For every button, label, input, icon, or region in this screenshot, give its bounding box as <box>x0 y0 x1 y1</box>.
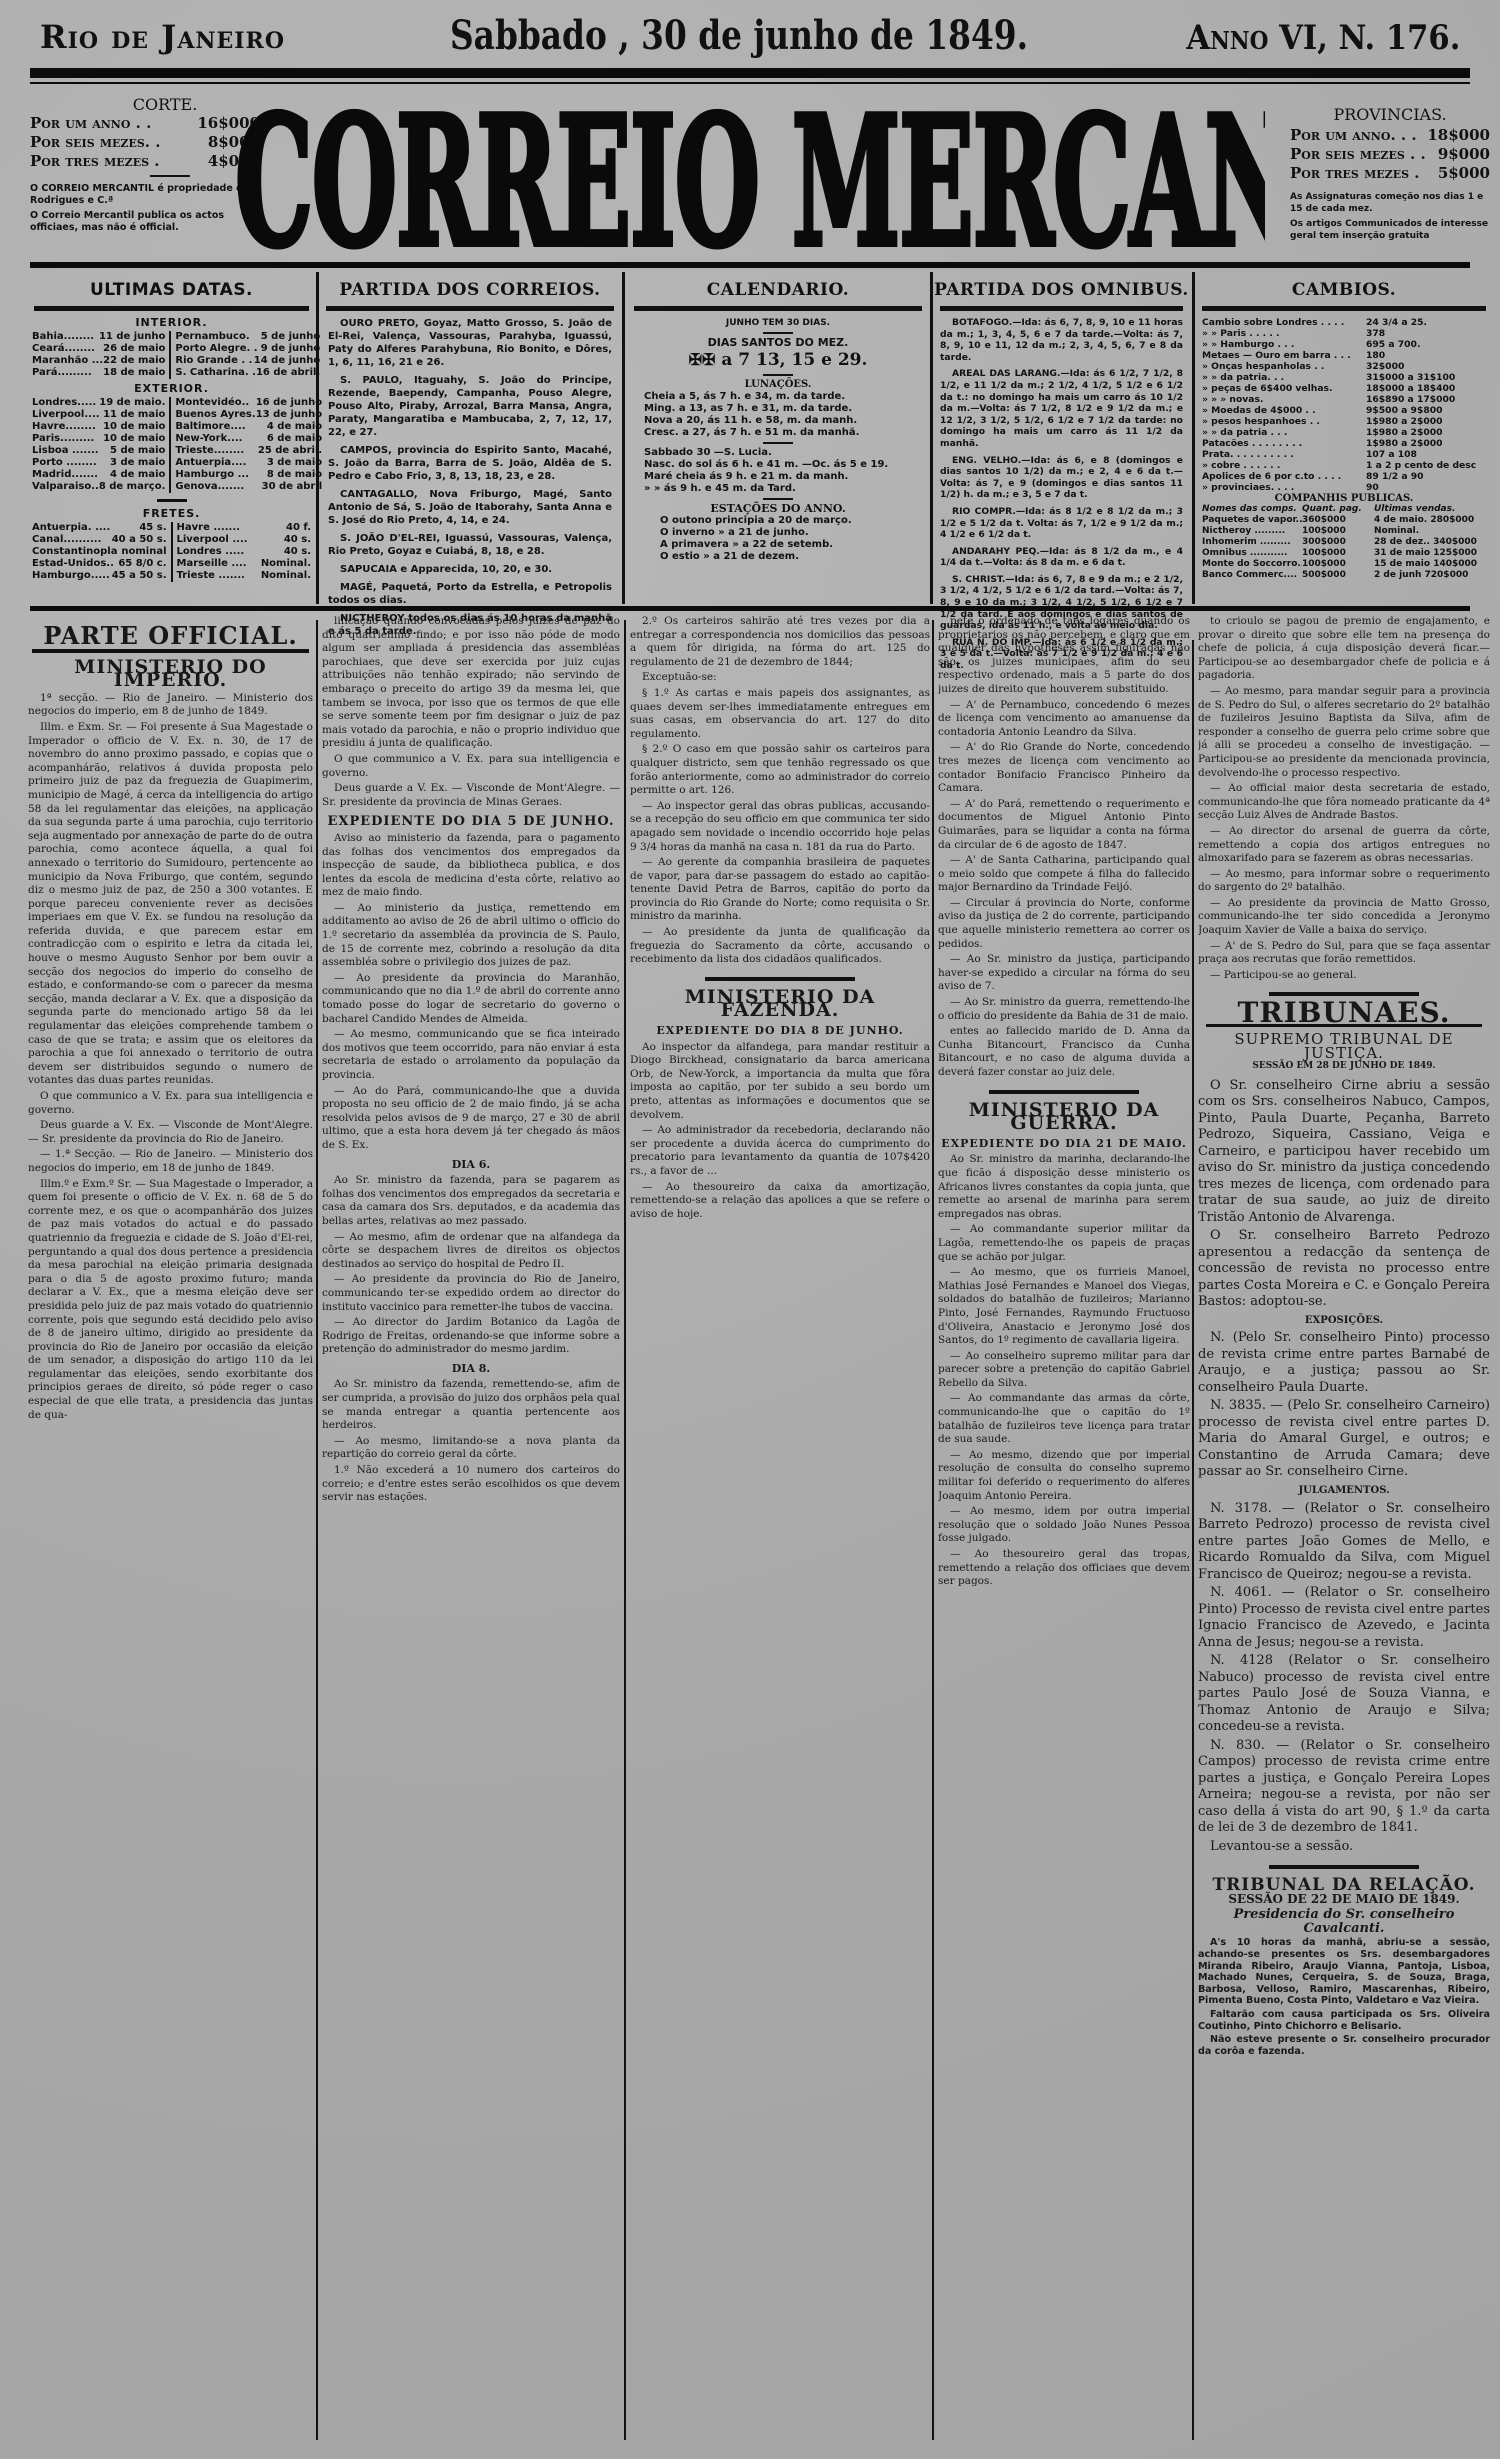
provincias-subscription: PROVINCIAS. Por um anno. . .18$000 Por s… <box>1290 105 1490 242</box>
julgamentos-text: N. 3178. — (Relator o Sr. conselheiro Ba… <box>1198 1501 1490 1856</box>
julgamentos-heading: JULGAMENTOS. <box>1198 1484 1490 1498</box>
date-entry: Pernambuco.5 de junho <box>175 331 320 343</box>
companhias-cell: 15 de maio 140$000 <box>1374 559 1486 570</box>
column-rule <box>1192 640 1194 2440</box>
correio-entry: S. PAULO, Itaguahy, S. João do Principe,… <box>328 374 612 439</box>
supremo-session: SESSÃO EM 28 DE JUNHO DE 1849. <box>1198 1060 1490 1074</box>
column-5: to crioulo se pagou de premio de engajam… <box>1198 615 1490 2445</box>
masthead-title: CORREIO MERCANTIL. <box>235 104 802 259</box>
date-entry: Hamburgo ...8 de maio <box>175 469 322 481</box>
article-paragraph: — Ao mesmo, idem por outra imperial reso… <box>938 1505 1190 1546</box>
newspaper-page: Rio de Janeiro Sabbado , 30 de junho de … <box>0 0 1500 2459</box>
omnibus-entry: ENG. VELHO.—Ida: ás 6, e 8 (domingos e d… <box>940 455 1183 501</box>
corte-heading: CORTE. <box>70 95 260 114</box>
date-entry: Liverpool....11 de maio <box>32 409 165 421</box>
cambios-title: CAMBIOS. <box>1196 270 1492 306</box>
frete-entry: Constantinoplanominal <box>32 546 167 558</box>
article-paragraph: — Ao director do Jardim Botanico da Lagô… <box>322 1316 620 1357</box>
cambio-row: » cobre . . . . . .1 a 2 p cento de desc <box>1202 460 1486 471</box>
correio-entry: CAMPOS, provincia do Espirito Santo, Mac… <box>328 444 612 483</box>
masthead: CORREIO MERCANTIL. <box>235 104 1265 259</box>
article-paragraph: N. 4061. — (Relator o Sr. conselheiro Pi… <box>1198 1585 1490 1651</box>
section-divider <box>1269 1865 1419 1869</box>
provincias-price-row: Por seis mezes . .9$000 <box>1290 145 1490 164</box>
article-paragraph: — Ao commandante superior militar da Lag… <box>938 1223 1190 1264</box>
correio-entry: MAGÉ, Paquetá, Porto da Estrella, e Petr… <box>328 581 612 607</box>
article-paragraph: — Ao thesoureiro geral das tropas, remet… <box>938 1548 1190 1589</box>
month-note: JUNHO TEM 30 DIAS. <box>638 317 918 329</box>
supremo-text: O Sr. conselheiro Cirne abriu a sessão c… <box>1198 1078 1490 1311</box>
dias-santos-heading: DIAS SANTOS DO MEZ. <box>638 337 918 349</box>
article-paragraph: — Ao mesmo, para informar sobre o requer… <box>1198 868 1490 895</box>
lunacao-entry: Ming. a 13, as 7 h. e 31, m. da tarde. <box>644 403 918 415</box>
frete-entry: Trieste .......Nominal. <box>177 570 312 582</box>
article-paragraph: — Ao mesmo, communicando que se fica int… <box>322 1028 620 1082</box>
companhias-cell: 100$000 <box>1302 559 1374 570</box>
companhias-header: Quant. pag. <box>1302 504 1374 515</box>
ornament-divider <box>157 499 187 502</box>
corte-subscription: CORTE. Por um anno . .16$000 Por seis me… <box>30 95 260 234</box>
article-paragraph: — Ao thesoureiro da caixa da amortização… <box>630 1181 930 1222</box>
column-4: pete o ordenado de taes logares quando o… <box>938 615 1190 2445</box>
column-2: lificação quando convocadas pelos juizes… <box>322 615 620 2445</box>
relacao-text: A's 10 horas da manhã, abriu-se a sessão… <box>1198 1937 1490 2057</box>
date-entry: Valparaiso..8 de março. <box>32 481 165 493</box>
ministerio-imperio-title: MINISTERIO DO IMPERIO. <box>28 661 313 688</box>
partida-correios-title: PARTIDA DOS CORREIOS. <box>320 270 620 306</box>
col2-text: lificação quando convocadas pelos juizes… <box>322 615 620 809</box>
article-paragraph: — A' do Pará, remettendo o requerimento … <box>938 798 1190 852</box>
today-entry: » » ás 9 h. e 45 m. da Tard. <box>644 483 918 495</box>
dia-8-title: DIA 8. <box>322 1362 620 1376</box>
cambio-row: » » » novas.16$890 a 17$000 <box>1202 394 1486 405</box>
date-entry: Porto ........3 de maio <box>32 457 165 469</box>
companhias-cell: 500$000 <box>1302 570 1374 581</box>
article-paragraph: Faltarão com causa participada os Srs. O… <box>1198 2009 1490 2032</box>
companhias-cell: Banco Commerc.... <box>1202 570 1302 581</box>
column-3: 2.º Os carteiros sahirão até tres vezes … <box>630 615 930 2445</box>
estacao-entry: O outono principia a 20 de março. <box>660 515 918 527</box>
article-paragraph: lificação quando convocadas pelos juizes… <box>322 615 620 751</box>
article-paragraph: — Ao presidente da provincia de Matto Gr… <box>1198 897 1490 938</box>
article-paragraph: § 2.º O caso em que possão sahir os cart… <box>630 743 930 797</box>
lunacoes-heading: LUNAÇÕES. <box>638 379 918 391</box>
companhias-heading: COMPANHIS PUBLICAS. <box>1196 493 1492 504</box>
cambio-row: » Moedas de 4$000 . .9$500 a 9$800 <box>1202 405 1486 416</box>
date-entry: Pará.........18 de maio <box>32 367 165 379</box>
exterior-heading: EXTERIOR. <box>28 383 315 395</box>
cambio-row: » » da patria . . .1$980 a 2$000 <box>1202 427 1486 438</box>
article-paragraph: N. 4128 (Relator o Sr. conselheiro Nabuc… <box>1198 1653 1490 1736</box>
correio-entry: S. JOÃO D'EL-REI, Iguassú, Vassouras, Va… <box>328 532 612 558</box>
date-entry: Antuerpia....3 de maio <box>175 457 322 469</box>
date-entry: Havre........10 de maio <box>32 421 165 433</box>
article-paragraph: — Ao Sr. ministro da justiça, participan… <box>938 953 1190 994</box>
date-entry: Rio Grande . .14 de junho <box>175 355 320 367</box>
article-paragraph: § 1.º As cartas e mais papeis dos assign… <box>630 687 930 741</box>
frete-entry: Hamburgo.....45 a 50 s. <box>32 570 167 582</box>
ornament-divider <box>150 175 190 177</box>
article-paragraph: — A' do Rio Grande do Norte, concedendo … <box>938 741 1190 795</box>
provincias-heading: PROVINCIAS. <box>1290 105 1490 124</box>
date-entry: Lisboa .......5 de maio <box>32 445 165 457</box>
ministerio-guerra-title: MINISTERIO DA GUERRA. <box>938 1104 1190 1131</box>
article-paragraph: Deus guarde a V. Ex. — Visconde de Mont'… <box>28 1119 313 1146</box>
article-paragraph: — Ao commandante das armas da côrte, com… <box>938 1392 1190 1446</box>
article-paragraph: — Ao mesmo, que os furrieis Manoel, Math… <box>938 1266 1190 1348</box>
fretes-left-list: Antuerpia. ....45 s.Canal..........40 a … <box>28 522 173 582</box>
cambio-row: » » da patria. . .31$000 a 31$100 <box>1202 372 1486 383</box>
correio-entry: SAPUCAIA e Apparecida, 10, 20, e 30. <box>328 563 612 576</box>
fazenda-expediente-title: EXPEDIENTE DO DIA 8 DE JUNHO. <box>630 1024 930 1038</box>
provincias-note: As Assignaturas começão nos dias 1 e 15 … <box>1290 191 1490 215</box>
cambio-row: Prata. . . . . . . . . .107 a 108 <box>1202 449 1486 460</box>
lunacoes-list: Cheia a 5, ás 7 h. e 34, m. da tarde.Min… <box>638 391 918 439</box>
companhias-cell: 4 de maio. 280$000 <box>1374 515 1486 526</box>
masthead-rule <box>30 262 1470 268</box>
article-paragraph: Deus guarde a V. Ex. — Visconde de Mont'… <box>322 782 620 809</box>
date-entry: Porto Alegre. .9 de junho <box>175 343 320 355</box>
article-paragraph: 1ª secção. — Rio de Janeiro. — Ministeri… <box>28 692 313 719</box>
article-paragraph: pete o ordenado de taes logares quando o… <box>938 615 1190 697</box>
corte-price-row: Por seis mezes. .8$000 <box>30 133 260 152</box>
article-paragraph: A's 10 horas da manhã, abriu-se a sessão… <box>1198 1937 1490 2007</box>
tribunaes-title: TRIBUNAES. <box>1198 1006 1490 1020</box>
cambio-row: Metaes — Ouro em barra . . .180 <box>1202 350 1486 361</box>
article-paragraph: Illm. e Exm. Sr. — Foi presente á Sua Ma… <box>28 721 313 1088</box>
header-rule-thin <box>30 82 1470 84</box>
column-1: PARTE OFFICIAL. MINISTERIO DO IMPERIO. 1… <box>28 615 313 2445</box>
col4-guerra-text: Ao Sr. ministro da marinha, declarando-l… <box>938 1153 1190 1588</box>
column-rule <box>316 272 319 604</box>
article-paragraph: — Ao mesmo, dizendo que por imperial res… <box>938 1449 1190 1503</box>
corte-note: O Correio Mercantil publica os actos off… <box>30 210 260 234</box>
today-list: Sabbado 30 —S. Lucia.Nasc. do sol ás 6 h… <box>638 447 918 495</box>
omnibus-entry: BOTAFOGO.—Ida: ás 6, 7, 8, 9, 10 e 11 ho… <box>940 317 1183 363</box>
dateline-date: Sabbado , 30 de junho de 1849. <box>450 12 1028 59</box>
interior-right-list: Pernambuco.5 de junhoPorto Alegre. .9 de… <box>171 331 324 379</box>
companhias-cell: Nominal. <box>1374 526 1486 537</box>
col4-tail-text: entes ao fallecido marido de D. Anna da … <box>938 1025 1190 1079</box>
article-paragraph: — Ao conselheiro supremo militar para da… <box>938 1350 1190 1391</box>
cambio-row: » » Paris . . . . .378 <box>1202 328 1486 339</box>
section-divider <box>989 1090 1139 1094</box>
cambio-row: » Onças hespanholas . .32$000 <box>1202 361 1486 372</box>
article-paragraph: — Ao gerente da companhia brasileira de … <box>630 856 930 924</box>
date-entry: Buenos Ayres.13 de junho <box>175 409 322 421</box>
article-paragraph: — Participou-se ao general. <box>1198 969 1490 983</box>
date-entry: Baltimore....4 de maio <box>175 421 322 433</box>
maltese-cross-icon: ✠✠ <box>689 350 716 369</box>
companhias-header: Ultimas vendas. <box>1374 504 1486 515</box>
partida-omnibus-box: PARTIDA DOS OMNIBUS. BOTAFOGO.—Ida: ás 6… <box>934 270 1189 605</box>
column-rule <box>932 620 934 2440</box>
fretes-right-list: Havre .......40 f.Liverpool ....40 s.Lon… <box>173 522 316 582</box>
calendario-box: CALENDARIO. JUNHO TEM 30 DIAS. DIAS SANT… <box>628 270 928 605</box>
expediente-title: EXPEDIENTE DO DIA 5 DE JUNHO. <box>322 815 620 829</box>
today-entry: Nasc. do sol ás 6 h. e 41 m. —Oc. ás 5 e… <box>644 459 918 471</box>
companhias-header: Nomes das comps. <box>1202 504 1302 515</box>
article-paragraph: 1.º Não excederá a 10 numero dos carteir… <box>322 1464 620 1505</box>
estacoes-list: O outono principia a 20 de março.O inver… <box>638 515 918 563</box>
article-paragraph: Não esteve presente o Sr. conselheiro pr… <box>1198 2034 1490 2057</box>
dateline: Rio de Janeiro Sabbado , 30 de junho de … <box>0 0 1500 68</box>
omnibus-entry: AREAL DAS LARANG.—Ida: ás 6 1/2, 7 1/2, … <box>940 368 1183 449</box>
lunacao-entry: Cheia a 5, ás 7 h. e 34, m. da tarde. <box>644 391 918 403</box>
frete-entry: Liverpool ....40 s. <box>177 534 312 546</box>
frete-entry: Canal..........40 a 50 s. <box>32 534 167 546</box>
exterior-right-list: Montevidéo..16 de junhoBuenos Ayres.13 d… <box>171 397 326 493</box>
cambio-row: » » Hamburgo . . .695 a 700. <box>1202 339 1486 350</box>
boxes-bottom-rule <box>30 606 1470 611</box>
article-paragraph: O Sr. conselheiro Barreto Pedrozo aprese… <box>1198 1228 1490 1311</box>
article-paragraph: — A' de Santa Catharina, participando qu… <box>938 854 1190 895</box>
cambio-row: » provinciaes. . . .90 <box>1202 482 1486 493</box>
article-paragraph: Ao Sr. ministro da fazenda, para se paga… <box>322 1174 620 1228</box>
article-paragraph: Levantou-se a sessão. <box>1198 1839 1490 1856</box>
ornament-divider <box>763 374 793 376</box>
article-paragraph: N. 3835. — (Pelo Sr. conselheiro Carneir… <box>1198 1398 1490 1481</box>
article-paragraph: — Ao do Pará, communicando-lhe que a duv… <box>322 1085 620 1153</box>
frete-entry: Havre .......40 f. <box>177 522 312 534</box>
companhias-table: Nomes das comps.Quant. pag.Ultimas venda… <box>1196 504 1492 581</box>
article-paragraph: — A' de Pernambuco, concedendo 6 mezes d… <box>938 699 1190 740</box>
frete-entry: Londres .....40 s. <box>177 546 312 558</box>
header-rule <box>30 68 1470 78</box>
date-entry: Bahia........11 de junho <box>32 331 165 343</box>
article-paragraph: to crioulo se pagou de premio de engajam… <box>1198 615 1490 683</box>
column-rule <box>624 620 626 2440</box>
lunacao-entry: Cresc. a 27, ás 7 h. e 51 m. da manhã. <box>644 427 918 439</box>
relacao-session: SESSÃO DE 22 DE MAIO DE 1849. <box>1198 1893 1490 1907</box>
article-paragraph: N. 3178. — (Relator o Sr. conselheiro Ba… <box>1198 1501 1490 1584</box>
date-entry: Montevidéo..16 de junho <box>175 397 322 409</box>
article-paragraph: Illm.º e Exm.º Sr. — Sua Magestade o Imp… <box>28 1178 313 1423</box>
title-rule <box>634 306 922 311</box>
companhias-cell: Nictheroy ......... <box>1202 526 1302 537</box>
col3-fazenda-text: Ao inspector da alfandega, para mandar r… <box>630 1041 930 1222</box>
date-entry: Genova.......30 de abril <box>175 481 322 493</box>
corte-price-row: Por um anno . .16$000 <box>30 114 260 133</box>
article-paragraph: N. (Pelo Sr. conselheiro Pinto) processo… <box>1198 1330 1490 1396</box>
relacao-presidencia: Presidencia do Sr. conselheiro Cavalcant… <box>1198 1908 1490 1935</box>
companhias-cell: Paquetes de vapor.. <box>1202 515 1302 526</box>
corte-note: O CORREIO MERCANTIL é propriedade de Rod… <box>30 183 260 207</box>
ornament-divider <box>763 442 793 444</box>
article-paragraph: Aviso ao ministerio da fazenda, para o p… <box>322 832 620 900</box>
companhias-cell: 28 de dez.. 340$000 <box>1374 537 1486 548</box>
date-entry: Ceará........26 de maio <box>32 343 165 355</box>
companhias-cell: 360$000 <box>1302 515 1374 526</box>
frete-entry: Estad-Unidos..65 8/0 c. <box>32 558 167 570</box>
cambio-row: Patacões . . . . . . . .1$980 a 2$000 <box>1202 438 1486 449</box>
provincias-price-row: Por um anno. . .18$000 <box>1290 126 1490 145</box>
provincias-note: Os artigos Communicados de interesse ger… <box>1290 218 1490 242</box>
article-paragraph: — Ao presidente da junta de qualificação… <box>630 926 930 967</box>
companhias-cell: 2 de junh 720$000 <box>1374 570 1486 581</box>
article-paragraph: 2.º Os carteiros sahirão até tres vezes … <box>630 615 930 669</box>
dia-6-title: DIA 6. <box>322 1158 620 1172</box>
article-paragraph: Exceptuão-se: <box>630 671 930 685</box>
article-paragraph: O que communico a V. Ex. para sua intell… <box>322 753 620 780</box>
title-rule <box>326 306 614 311</box>
estacoes-heading: ESTAÇÕES DO ANNO. <box>638 503 918 515</box>
frete-entry: Antuerpia. ....45 s. <box>32 522 167 534</box>
date-entry: New-York....6 de maio <box>175 433 322 445</box>
partida-correios-box: PARTIDA DOS CORREIOS. OURO PRETO, Goyaz,… <box>320 270 620 605</box>
correios-list: OURO PRETO, Goyaz, Matto Grosso, S. João… <box>320 317 620 638</box>
col5-text: to crioulo se pagou de premio de engajam… <box>1198 615 1490 982</box>
column-rule <box>930 272 933 604</box>
companhias-cell: Omnibus ........... <box>1202 548 1302 559</box>
col2-expediente-text: Aviso ao ministerio da fazenda, para o p… <box>322 832 620 1153</box>
partida-omnibus-title: PARTIDA DOS OMNIBUS. <box>934 270 1189 306</box>
today-entry: Maré cheia ás 9 h. e 21 m. da manh. <box>644 471 918 483</box>
article-paragraph: — Ao ministerio da justiça, remettendo e… <box>322 902 620 970</box>
date-entry: Londres.....19 de maio. <box>32 397 165 409</box>
guerra-expediente-title: EXPEDIENTE DO DIA 21 DE MAIO. <box>938 1137 1190 1151</box>
cambios-box: CAMBIOS. Cambio sobre Londres . . . .24 … <box>1196 270 1492 605</box>
date-entry: Maranhão ...22 de maio <box>32 355 165 367</box>
provincias-price-row: Por tres mezes .5$000 <box>1290 164 1490 183</box>
exposicoes-heading: EXPOSIÇÕES. <box>1198 1314 1490 1328</box>
article-paragraph: — A' de S. Pedro do Sul, para que se faç… <box>1198 940 1490 967</box>
interior-heading: INTERIOR. <box>28 317 315 329</box>
article-paragraph: entes ao fallecido marido de D. Anna da … <box>938 1025 1190 1079</box>
ultimas-datas-box: ULTIMAS DATAS. INTERIOR. Bahia........11… <box>28 270 315 605</box>
ornament-divider <box>763 498 793 500</box>
article-paragraph: Ao inspector da alfandega, para mandar r… <box>630 1041 930 1123</box>
article-paragraph: N. 830. — (Relator o Sr. conselheiro Cam… <box>1198 1738 1490 1837</box>
article-paragraph: Ao Sr. ministro da marinha, declarando-l… <box>938 1153 1190 1221</box>
companhias-cell: 300$000 <box>1302 537 1374 548</box>
dias-santos: ✠✠ a 7 13, 15 e 29. <box>638 349 918 371</box>
cambio-row: Apolices de 6 por c.to . . . .89 1/2 a 9… <box>1202 471 1486 482</box>
companhias-cell: 100$000 <box>1302 548 1374 559</box>
cambio-row: Cambio sobre Londres . . . .24 3/4 a 25. <box>1202 317 1486 328</box>
supremo-title: SUPREMO TRIBUNAL DE JUSTIÇA. <box>1198 1033 1490 1060</box>
relacao-title: TRIBUNAL DA RELAÇÃO. <box>1198 1879 1490 1893</box>
article-paragraph: — Ao mesmo, limitando-se a nova planta d… <box>322 1435 620 1462</box>
ministerio-fazenda-title: MINISTERIO DA FAZENDA. <box>630 991 930 1018</box>
ultimas-datas-title: ULTIMAS DATAS. <box>28 270 315 306</box>
cambios-list: Cambio sobre Londres . . . .24 3/4 a 25.… <box>1196 317 1492 493</box>
column-rule <box>622 272 625 604</box>
article-paragraph: O que communico a V. Ex. para sua intell… <box>28 1090 313 1117</box>
companhias-cell: 31 de maio 125$000 <box>1374 548 1486 559</box>
article-paragraph: — Circular á provincia do Norte, conform… <box>938 897 1190 951</box>
article-paragraph: — Ao mesmo, afim de ordenar que na alfan… <box>322 1231 620 1272</box>
corte-price-row: Por tres mezes .4$000 <box>30 152 260 171</box>
estacao-entry: O estio » a 21 de dezem. <box>660 551 918 563</box>
exterior-left-list: Londres.....19 de maio.Liverpool....11 d… <box>28 397 171 493</box>
date-entry: Trieste........25 de abril. <box>175 445 322 457</box>
omnibus-entry: ANDARAHY PEQ.—Ida: ás 8 1/2 da m., e 4 1… <box>940 546 1183 569</box>
date-entry: Madrid.......4 de maio <box>32 469 165 481</box>
col1-text: 1ª secção. — Rio de Janeiro. — Ministeri… <box>28 692 313 1422</box>
companhias-cell: Inhomerim ......... <box>1202 537 1302 548</box>
interior-left-list: Bahia........11 de junhoCeará........26 … <box>28 331 171 379</box>
article-paragraph: — Ao inspector geral das obras publicas,… <box>630 800 930 854</box>
frete-entry: Marseille ....Nominal. <box>177 558 312 570</box>
col3-text: 2.º Os carteiros sahirão até tres vezes … <box>630 615 930 967</box>
companhias-cell: 100$000 <box>1302 526 1374 537</box>
dateline-city: Rio de Janeiro <box>40 18 285 56</box>
ornament-divider <box>763 332 793 334</box>
article-paragraph: — Ao presidente da provincia do Rio de J… <box>322 1273 620 1314</box>
dateline-issue: Anno VI, N. 176. <box>1186 18 1460 58</box>
article-paragraph: — Ao mesmo, para mandar seguir para a pr… <box>1198 685 1490 780</box>
companhias-cell: Monte do Soccorro.. <box>1202 559 1302 570</box>
col2-dia8-text: Ao Sr. ministro da fazenda, remettendo-s… <box>322 1378 620 1504</box>
article-paragraph: — Ao Sr. ministro da guerra, remettendo-… <box>938 996 1190 1023</box>
correio-entry: OURO PRETO, Goyaz, Matto Grosso, S. João… <box>328 317 612 369</box>
article-paragraph: Ao Sr. ministro da fazenda, remettendo-s… <box>322 1378 620 1432</box>
fretes-heading: FRETES. <box>28 508 315 520</box>
col4-text: pete o ordenado de taes logares quando o… <box>938 615 1190 1023</box>
section-divider <box>705 977 855 981</box>
article-paragraph: — Ao presidente da provincia do Maranhão… <box>322 972 620 1026</box>
exposicoes-text: N. (Pelo Sr. conselheiro Pinto) processo… <box>1198 1330 1490 1481</box>
date-entry: Paris.........10 de maio <box>32 433 165 445</box>
article-paragraph: — Ao administrador da recebedoria, decla… <box>630 1124 930 1178</box>
lunacao-entry: Nova a 20, ás 11 h. e 58, m. da manh. <box>644 415 918 427</box>
article-paragraph: O Sr. conselheiro Cirne abriu a sessão c… <box>1198 1078 1490 1227</box>
col2-dia6-text: Ao Sr. ministro da fazenda, para se paga… <box>322 1174 620 1357</box>
article-paragraph: — Ao director do arsenal de guerra da cô… <box>1198 825 1490 866</box>
column-rule <box>1192 272 1195 604</box>
title-rule <box>940 306 1183 311</box>
estacao-entry: A primavera » a 22 de setemb. <box>660 539 918 551</box>
title-rule <box>34 306 309 311</box>
correio-entry: CANTAGALLO, Nova Friburgo, Magé, Santo A… <box>328 488 612 527</box>
today-entry: Sabbado 30 —S. Lucia. <box>644 447 918 459</box>
title-rule <box>1202 306 1486 311</box>
article-paragraph: — Ao official maior desta secretaria de … <box>1198 782 1490 823</box>
calendario-title: CALENDARIO. <box>628 270 928 306</box>
date-entry: S. Catharina. .16 de abril. <box>175 367 320 379</box>
omnibus-entry: RIO COMPR.—Ida: ás 8 1/2 e 8 1/2 da m.; … <box>940 506 1183 541</box>
cambio-row: » pesos hespanhoes . .1$980 a 2$000 <box>1202 416 1486 427</box>
column-rule <box>316 620 318 2440</box>
estacao-entry: O inverno » a 21 de junho. <box>660 527 918 539</box>
article-paragraph: — 1.ª Secção. — Rio de Janeiro. — Minist… <box>28 1148 313 1175</box>
parte-official-title: PARTE OFFICIAL. <box>28 629 313 643</box>
cambio-row: » peças de 6$400 velhas.18$000 a 18$400 <box>1202 383 1486 394</box>
